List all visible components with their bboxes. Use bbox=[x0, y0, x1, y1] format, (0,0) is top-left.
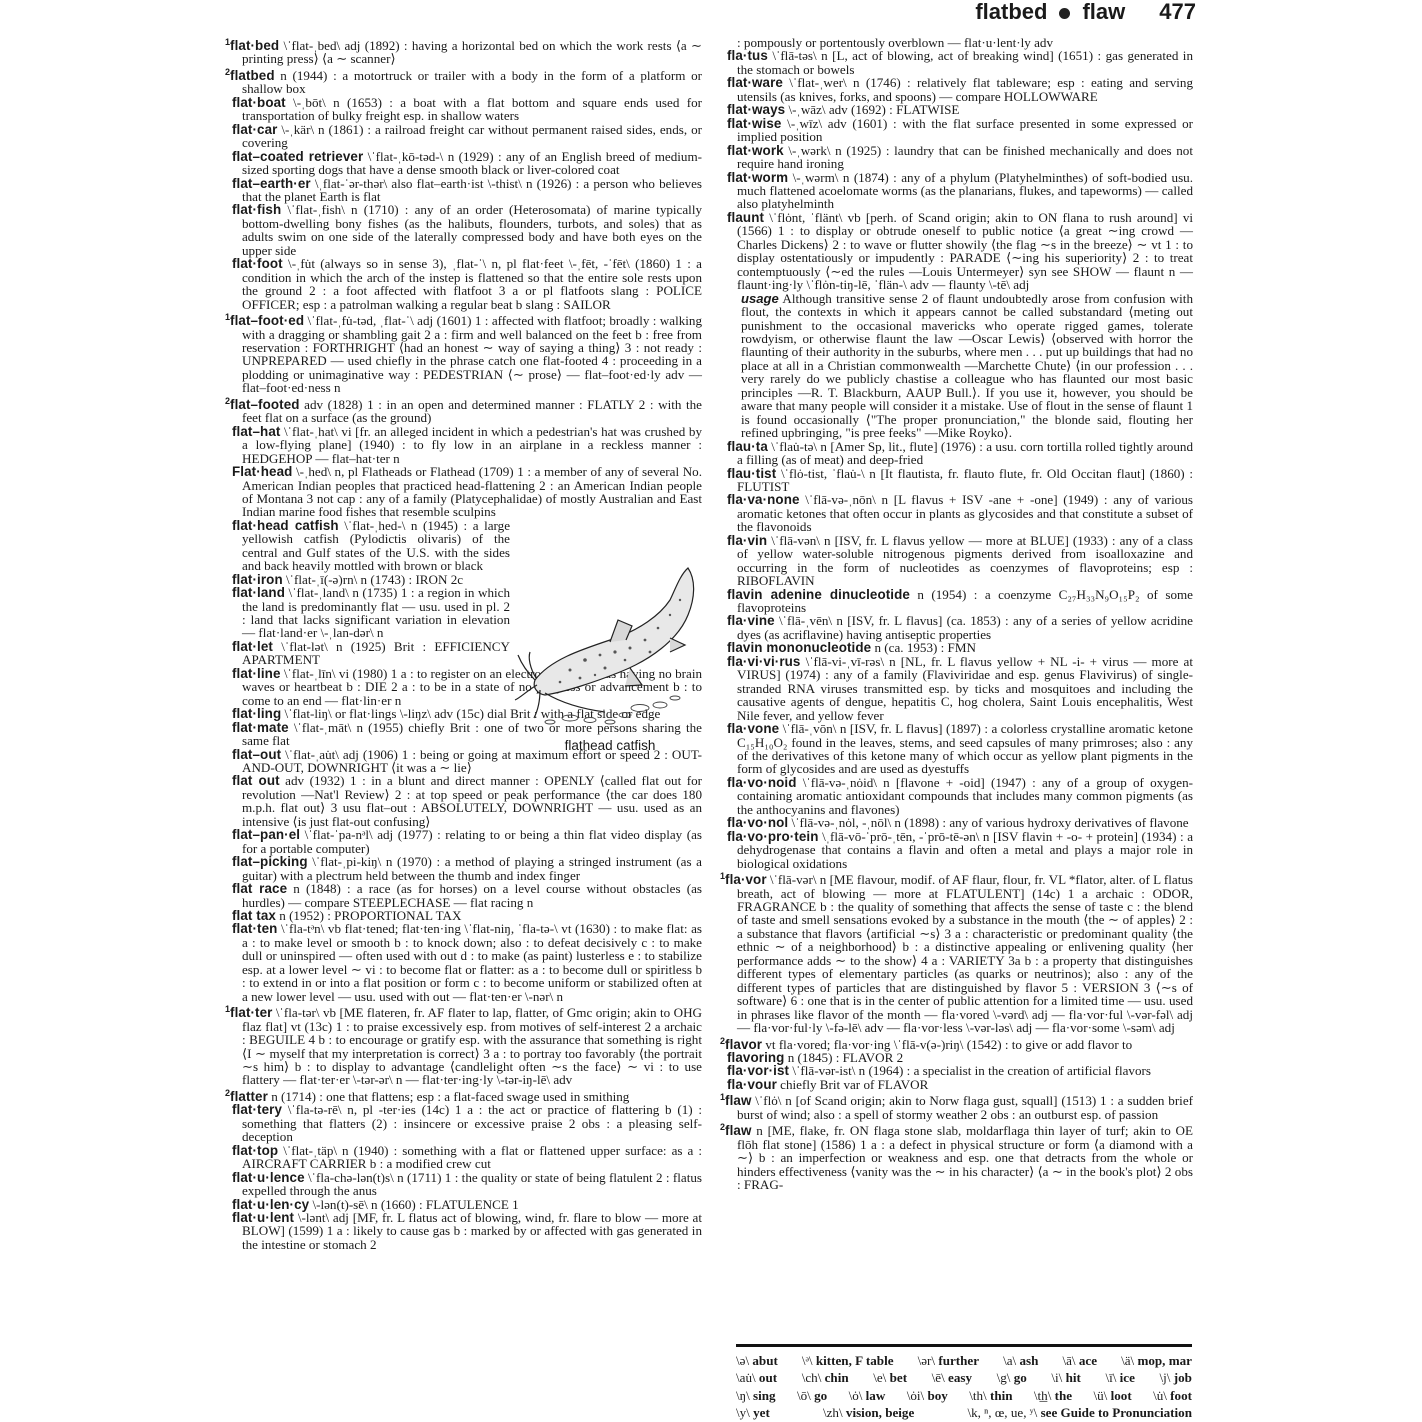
pronunciation-symbol: \y\ bbox=[736, 1405, 750, 1420]
pronunciation-key: \ə\ abut\ᵊ\ kitten, F table\ər\ further\… bbox=[736, 1352, 1192, 1422]
pronunciation-pair: \ē\ easy bbox=[932, 1369, 972, 1386]
definition-text: \-ˌfu̇t (always so in sense 3), ˌflat-ˈ\… bbox=[242, 256, 702, 311]
dictionary-entry: flat·iron \ˈflat-ˌī(-ə)rn\ n (1743) : IR… bbox=[232, 573, 510, 586]
dictionary-entry: flavoring n (1845) : FLAVOR 2 bbox=[727, 1051, 1193, 1064]
dictionary-entry: flat–hat \ˈflat-ˌhat\ vi [fr. an alleged… bbox=[232, 425, 702, 465]
definition-text: adv (1932) 1 : in a blunt and direct man… bbox=[242, 773, 702, 828]
definition-text: \ˈflā-ˌvōn\ n [ISV, fr. L flavus] (1897)… bbox=[737, 721, 1193, 776]
definition-text: \ˈflȯnt, ˈflänt\ vb [perh. of Scand orig… bbox=[737, 210, 1193, 292]
pronunciation-pair: \ā\ ace bbox=[1062, 1352, 1097, 1369]
dictionary-entry: 2flaw n [ME, flake, fr. ON flaga stone s… bbox=[727, 1121, 1193, 1191]
pronunciation-example: mop, mar bbox=[1137, 1353, 1192, 1368]
definition-text: \ˈflā-və-ˌnȯid\ n [flavone + -oid] (1947… bbox=[737, 775, 1193, 817]
definition-text: \ˈflat-lət\ n (1925) Brit : EFFICIENCY A… bbox=[242, 639, 510, 667]
pronunciation-row: \ŋ\ sing\ō\ go\ȯ\ law\ȯi\ boy\th\ thin\t… bbox=[736, 1387, 1192, 1404]
pronunciation-symbol: \ü\ bbox=[1093, 1388, 1107, 1403]
pronunciation-symbol: \ī\ bbox=[1105, 1370, 1116, 1385]
definition-text: \-ˌwərm\ n (1874) : any of a phylum (Pla… bbox=[737, 170, 1193, 212]
definition-text: \ˈflā-və-ˌnōn\ n [L flavus + ISV -ane + … bbox=[737, 492, 1193, 534]
definition-text: n [ME, flake, fr. ON flaga stone slab, m… bbox=[737, 1123, 1193, 1192]
pronunciation-symbol: \ā\ bbox=[1062, 1353, 1075, 1368]
pronunciation-pair: \ī\ ice bbox=[1105, 1369, 1134, 1386]
figure-caption: flathead catfish bbox=[510, 738, 710, 753]
pronunciation-example: foot bbox=[1170, 1388, 1192, 1403]
pronunciation-pair: \a\ ash bbox=[1003, 1352, 1038, 1369]
pronunciation-pair: \ō\ go bbox=[797, 1387, 827, 1404]
dictionary-entry: 1flaw \ˈflȯ\ n [of Scand origin; akin to… bbox=[727, 1091, 1193, 1121]
dictionary-entry: flat race n (1848) : a race (as for hors… bbox=[232, 882, 702, 909]
pronunciation-example: abut bbox=[752, 1353, 777, 1368]
page-number: 477 bbox=[1159, 0, 1196, 25]
first-guide-word: flatbed bbox=[975, 0, 1047, 25]
pronunciation-pair: \ᵊ\ kitten, F table bbox=[802, 1352, 894, 1369]
dictionary-entry: flat·foot \-ˌfu̇t (always so in sense 3)… bbox=[232, 257, 702, 311]
pronunciation-example: hit bbox=[1066, 1370, 1081, 1385]
pronunciation-row: \au̇\ out\ch\ chin\e\ bet\ē\ easy\g\ go\… bbox=[736, 1369, 1192, 1386]
pronunciation-pair: \ü\ loot bbox=[1093, 1387, 1131, 1404]
pronunciation-pair: \ch\ chin bbox=[802, 1369, 849, 1386]
definition-text: \ˈflau̇-tə\ n [Amer Sp, lit., flute] (19… bbox=[737, 439, 1193, 467]
dictionary-entry: flat·boat \-ˌbōt\ n (1653) : a boat with… bbox=[232, 96, 702, 123]
pronunciation-symbol: \ᵊ\ bbox=[802, 1353, 813, 1368]
definition-text: \-ˌkär\ n (1861) : a railroad freight ca… bbox=[242, 122, 702, 150]
pronunciation-pair: \g\ go bbox=[997, 1369, 1027, 1386]
dictionary-entry: flaunt \ˈflȯnt, ˈflänt\ vb [perh. of Sca… bbox=[727, 211, 1193, 292]
dictionary-entry: fla·vone \ˈflā-ˌvōn\ n [ISV, fr. L flavu… bbox=[727, 722, 1193, 776]
dictionary-entry: flat·work \-ˌwərk\ n (1925) : laundry th… bbox=[727, 144, 1193, 171]
pronunciation-example: see Guide to Pronunciation bbox=[1041, 1405, 1192, 1420]
pronunciation-symbol: \au̇\ bbox=[736, 1370, 756, 1385]
dictionary-entry: flat·car \-ˌkär\ n (1861) : a railroad f… bbox=[232, 123, 702, 150]
dictionary-entry: flat·ware \ˈflat-ˌwer\ n (1746) : relati… bbox=[727, 76, 1193, 103]
dictionary-entry: flavin mononucleotide n (ca. 1953) : FMN bbox=[727, 641, 1193, 654]
pronunciation-pair: \e\ bet bbox=[873, 1369, 907, 1386]
definition-text: \-ˌbōt\ n (1653) : a boat with a flat bo… bbox=[242, 95, 702, 123]
definition-text: \-ˌwīz\ adv (1601) : with the flat surfa… bbox=[737, 116, 1193, 144]
dictionary-entry: flau·ta \ˈflau̇-tə\ n [Amer Sp, lit., fl… bbox=[727, 440, 1193, 467]
dictionary-entry: flat–picking \ˈflat-ˌpi-kiŋ\ n (1970) : … bbox=[232, 855, 702, 882]
pronunciation-pair: \ä\ mop, mar bbox=[1121, 1352, 1192, 1369]
pronunciation-example: out bbox=[759, 1370, 777, 1385]
dictionary-entry: fla·vo·pro·tein \ˌflā-vō-ˈprō-ˌtēn, -ˈpr… bbox=[727, 830, 1193, 870]
bullet-separator-icon bbox=[1059, 8, 1070, 19]
flathead-catfish-illustration-icon bbox=[510, 560, 710, 735]
pronunciation-symbol: \ə\ bbox=[736, 1353, 749, 1368]
definition-text: \ˈfla-tᵊn\ vb flat·tened; flat·ten·ing \… bbox=[242, 921, 702, 1003]
definition-text: \-lənt\ adj [MF, fr. L flatus act of blo… bbox=[242, 1210, 702, 1252]
definition-text: \ˈfla-tə-rē\ n, pl -ter·ies (14c) 1 a : … bbox=[242, 1102, 702, 1144]
pronunciation-symbol: \i\ bbox=[1051, 1370, 1062, 1385]
definition-text: \ˈflā-təs\ n [L, act of blowing, act of … bbox=[737, 48, 1193, 76]
pronunciation-example: law bbox=[866, 1388, 886, 1403]
dictionary-entry: flat·land \ˈflat-ˌland\ n (1735) 1 : a r… bbox=[232, 586, 510, 640]
pronunciation-example: further bbox=[938, 1353, 979, 1368]
definition-text: \ˈflat-ˌfu̇-təd, ˌflat-ˈ\ adj (1601) 1 :… bbox=[242, 313, 702, 395]
dictionary-entry: 1flat·ter \ˈfla-tər\ vb [ME flateren, fr… bbox=[232, 1003, 702, 1087]
definition-text: \ˈflā-vi-ˌvī-rəs\ n [NL, fr. L flavus ye… bbox=[737, 654, 1193, 723]
pronunciation-example: job bbox=[1174, 1370, 1192, 1385]
pronunciation-example: easy bbox=[948, 1370, 972, 1385]
dictionary-entry: 2flat–footed adv (1828) 1 : in an open a… bbox=[232, 395, 702, 425]
definition-text: \ˈflat-ˌfish\ n (1710) : any of an order… bbox=[242, 202, 702, 257]
pronunciation-pair: \ŋ\ sing bbox=[736, 1387, 776, 1404]
dictionary-entry: flat·ways \-ˌwāz\ adv (1692) : FLATWISE bbox=[727, 103, 1193, 116]
headword: fla·vour bbox=[727, 1077, 777, 1092]
definition-text: chiefly Brit var of FLAVOR bbox=[777, 1077, 928, 1092]
pronunciation-example: boy bbox=[927, 1388, 947, 1403]
pronunciation-example: thin bbox=[990, 1388, 1013, 1403]
dictionary-entry: Flat·head \-ˌhed\ n, pl Flatheads or Fla… bbox=[232, 465, 702, 519]
pronunciation-symbol: \g\ bbox=[997, 1370, 1011, 1385]
dictionary-entry: 1flat·bed \ˈflat-ˌbed\ adj (1892) : havi… bbox=[232, 36, 702, 66]
definition-text: adv (1828) 1 : in an open and determined… bbox=[242, 397, 702, 425]
definition-text: \-ˌwərk\ n (1925) : laundry that can be … bbox=[737, 143, 1193, 171]
pronunciation-example: sing bbox=[753, 1388, 776, 1403]
pronunciation-example: the bbox=[1055, 1388, 1072, 1403]
dictionary-entry: flat·let \ˈflat-lət\ n (1925) Brit : EFF… bbox=[232, 640, 510, 667]
pronunciation-symbol: \ch\ bbox=[802, 1370, 822, 1385]
pronunciation-symbol: \ä\ bbox=[1121, 1353, 1134, 1368]
pronunciation-pair: \k, ⁿ, œ, ue, ʸ\ see Guide to Pronunciat… bbox=[967, 1404, 1192, 1421]
dictionary-entry: fla·vine \ˈflā-ˌvēn\ n [ISV, fr. L flavu… bbox=[727, 614, 1193, 641]
definition-text: \ˈflȯ-tist, ˈflau̇-\ n [It flautista, fr… bbox=[737, 466, 1193, 494]
right-column: : pompously or portentously overblown — … bbox=[727, 36, 1193, 1192]
pronunciation-example: vision, beige bbox=[846, 1405, 914, 1420]
pronunciation-symbol: \a\ bbox=[1003, 1353, 1016, 1368]
dictionary-entry: fla·va·none \ˈflā-və-ˌnōn\ n [L flavus +… bbox=[727, 493, 1193, 533]
definition-text: \ˌflat-ˈər-thər\ also flat–earth·ist \-t… bbox=[242, 176, 702, 204]
dictionary-entry: 2flatter n (1714) : one that flattens; e… bbox=[232, 1087, 702, 1103]
dictionary-entry: 2flatbed n (1944) : a motortruck or trai… bbox=[232, 66, 702, 96]
pronunciation-symbol: \ər\ bbox=[918, 1353, 935, 1368]
dictionary-entry: flat–earth·er \ˌflat-ˈər-thər\ also flat… bbox=[232, 177, 702, 204]
pronunciation-symbol: \t͟h\ bbox=[1034, 1388, 1051, 1403]
pronunciation-symbol: \ŋ\ bbox=[736, 1388, 750, 1403]
dictionary-entry: fla·tus \ˈflā-təs\ n [L, act of blowing,… bbox=[727, 49, 1193, 76]
dictionary-entry: fla·vi·vi·rus \ˈflā-vi-ˌvī-rəs\ n [NL, f… bbox=[727, 655, 1193, 722]
definition-text: \-ˌhed\ n, pl Flatheads or Flathead (170… bbox=[242, 464, 702, 519]
dictionary-entry: : pompously or portentously overblown — … bbox=[727, 36, 1193, 49]
pronunciation-symbol: \j\ bbox=[1160, 1370, 1171, 1385]
pronunciation-pair: \i\ hit bbox=[1051, 1369, 1080, 1386]
dictionary-entry: flavin adenine dinucleotide n (1954) : a… bbox=[727, 588, 1193, 615]
dictionary-entry: flat·top \ˈflat-ˌtäp\ n (1940) : somethi… bbox=[232, 1144, 702, 1171]
dictionary-entry: fla·vo·noid \ˈflā-və-ˌnȯid\ n [flavone +… bbox=[727, 776, 1193, 816]
pronunciation-example: yet bbox=[753, 1405, 770, 1420]
dictionary-entry: fla·vour chiefly Brit var of FLAVOR bbox=[727, 1078, 1193, 1091]
dictionary-entry: flat tax n (1952) : PROPORTIONAL TAX bbox=[232, 909, 702, 922]
definition-text: \ˈflat-ˌbed\ adj (1892) : having a horiz… bbox=[242, 38, 702, 66]
pronunciation-pair: \j\ job bbox=[1160, 1369, 1192, 1386]
pronunciation-row: \y\ yet\zh\ vision, beige\k, ⁿ, œ, ue, ʸ… bbox=[736, 1404, 1192, 1421]
definition-text: \ˈflȯ\ n [of Scand origin; akin to Norw … bbox=[737, 1093, 1193, 1121]
dictionary-entry: flat·u·lence \ˈfla-chə-lən(t)s\ n (1711)… bbox=[232, 1171, 702, 1198]
pronunciation-pair: \th\ thin bbox=[969, 1387, 1012, 1404]
dictionary-entry: 1flat–foot·ed \ˈflat-ˌfu̇-təd, ˌflat-ˈ\ … bbox=[232, 311, 702, 395]
dictionary-entry: flat–pan·el \ˈflat-ˈpa-nᵊl\ adj (1977) :… bbox=[232, 828, 702, 855]
definition-text: \ˈflat-ˌwer\ n (1746) : relatively flat … bbox=[737, 75, 1193, 103]
dictionary-entry: flat·tery \ˈfla-tə-rē\ n, pl -ter·ies (1… bbox=[232, 1103, 702, 1143]
dictionary-entry: flat·head catfish \ˈflat-ˌhed-\ n (1945)… bbox=[232, 519, 510, 573]
definition-text: \ˈflat-ˌtäp\ n (1940) : something with a… bbox=[242, 1143, 702, 1171]
pronunciation-example: kitten, F table bbox=[816, 1353, 894, 1368]
definition-text: n (1848) : a race (as for horses) on a l… bbox=[242, 881, 702, 909]
dictionary-entry: flat·wise \-ˌwīz\ adv (1601) : with the … bbox=[727, 117, 1193, 144]
pronunciation-example: go bbox=[1014, 1370, 1027, 1385]
pronunciation-pair: \y\ yet bbox=[736, 1404, 770, 1421]
dictionary-entry: flat·ten \ˈfla-tᵊn\ vb flat·tened; flat·… bbox=[232, 922, 702, 1003]
pronunciation-example: ice bbox=[1120, 1370, 1135, 1385]
pronunciation-symbol: \e\ bbox=[873, 1370, 886, 1385]
figure: flathead catfish bbox=[510, 560, 710, 755]
definition-text: Although transitive sense 2 of flaunt un… bbox=[741, 291, 1193, 441]
pronunciation-row: \ə\ abut\ᵊ\ kitten, F table\ər\ further\… bbox=[736, 1352, 1192, 1369]
pronunciation-pair: \ȯi\ boy bbox=[907, 1387, 948, 1404]
pronunciation-pair: \ȯ\ law bbox=[849, 1387, 886, 1404]
pronunciation-pair: \u̇\ foot bbox=[1153, 1387, 1192, 1404]
pronunciation-symbol: \u̇\ bbox=[1153, 1388, 1167, 1403]
pronunciation-pair: \zh\ vision, beige bbox=[823, 1404, 914, 1421]
definition-text: \ˈflā-ˌvēn\ n [ISV, fr. L flavus] (ca. 1… bbox=[737, 613, 1193, 641]
pronunciation-example: bet bbox=[890, 1370, 907, 1385]
definition-text: \ˈflā-vən\ n [ISV, fr. L flavus yellow —… bbox=[737, 533, 1193, 588]
pronunciation-key-divider bbox=[736, 1344, 1192, 1347]
pronunciation-pair: \ər\ further bbox=[918, 1352, 979, 1369]
pronunciation-pair: \au̇\ out bbox=[736, 1369, 777, 1386]
dictionary-entry: flat·worm \-ˌwərm\ n (1874) : any of a p… bbox=[727, 171, 1193, 211]
pronunciation-example: ace bbox=[1079, 1353, 1097, 1368]
pronunciation-pair: \t͟h\ the bbox=[1034, 1387, 1072, 1404]
dictionary-entry: 1fla·vor \ˈflā-vər\ n [ME flavour, modif… bbox=[727, 870, 1193, 1034]
pronunciation-example: chin bbox=[825, 1370, 849, 1385]
dictionary-entry: flat–coated retriever \ˈflat-ˌkō-təd-\ n… bbox=[232, 150, 702, 177]
pronunciation-symbol: \zh\ bbox=[823, 1405, 843, 1420]
pronunciation-symbol: \k, ⁿ, œ, ue, ʸ\ bbox=[967, 1405, 1037, 1420]
running-head: flatbed flaw 477 bbox=[975, 0, 1196, 24]
dictionary-entry: flat·u·lent \-lənt\ adj [MF, fr. L flatu… bbox=[232, 1211, 702, 1251]
pronunciation-symbol: \ȯi\ bbox=[907, 1388, 924, 1403]
last-guide-word: flaw bbox=[1082, 0, 1125, 25]
pronunciation-symbol: \ē\ bbox=[932, 1370, 945, 1385]
pronunciation-symbol: \ȯ\ bbox=[849, 1388, 863, 1403]
dictionary-entry: flat·fish \ˈflat-ˌfish\ n (1710) : any o… bbox=[232, 203, 702, 257]
pronunciation-example: loot bbox=[1111, 1388, 1132, 1403]
definition-text: \ˈfla-tər\ vb [ME flateren, fr. AF flate… bbox=[242, 1005, 702, 1087]
dictionary-entry: 2flavor vt fla·vored; fla·vor·ing \ˈflā-… bbox=[727, 1035, 1193, 1051]
pronunciation-example: ash bbox=[1019, 1353, 1038, 1368]
dictionary-entry: fla·vor·ist \ˈflā-vər-ist\ n (1964) : a … bbox=[727, 1064, 1193, 1077]
dictionary-entry: flat out adv (1932) 1 : in a blunt and d… bbox=[232, 774, 702, 828]
definition-text: \ˈflat-ˌhat\ vi [fr. an alleged incident… bbox=[242, 424, 702, 466]
dictionary-entry: flau·tist \ˈflȯ-tist, ˈflau̇-\ n [It fla… bbox=[727, 467, 1193, 494]
definition-text: \ˈfla-chə-lən(t)s\ n (1711) 1 : the qual… bbox=[242, 1170, 702, 1198]
definition-text: \ˈflat-ˌpi-kiŋ\ n (1970) : a method of p… bbox=[242, 854, 702, 882]
dictionary-entry: fla·vin \ˈflā-vən\ n [ISV, fr. L flavus … bbox=[727, 534, 1193, 588]
pronunciation-example: go bbox=[814, 1388, 827, 1403]
definition-text: n (1944) : a motortruck or trailer with … bbox=[242, 68, 702, 96]
dictionary-entry: fla·vo·nol \ˈflā-və-ˌnȯl, -ˌnōl\ n (1898… bbox=[727, 816, 1193, 829]
pronunciation-symbol: \ō\ bbox=[797, 1388, 811, 1403]
definition-text: \ˈflā-vər\ n [ME flavour, modif. of AF f… bbox=[737, 872, 1193, 1035]
pronunciation-symbol: \th\ bbox=[969, 1388, 986, 1403]
pronunciation-pair: \ə\ abut bbox=[736, 1352, 778, 1369]
dictionary-entry: flat·u·len·cy \-lən(t)-sē\ n (1660) : FL… bbox=[232, 1198, 702, 1211]
definition-text: \ˈflat-ˈpa-nᵊl\ adj (1977) : relating to… bbox=[242, 827, 702, 855]
usage-note: usage Although transitive sense 2 of fla… bbox=[727, 292, 1193, 440]
